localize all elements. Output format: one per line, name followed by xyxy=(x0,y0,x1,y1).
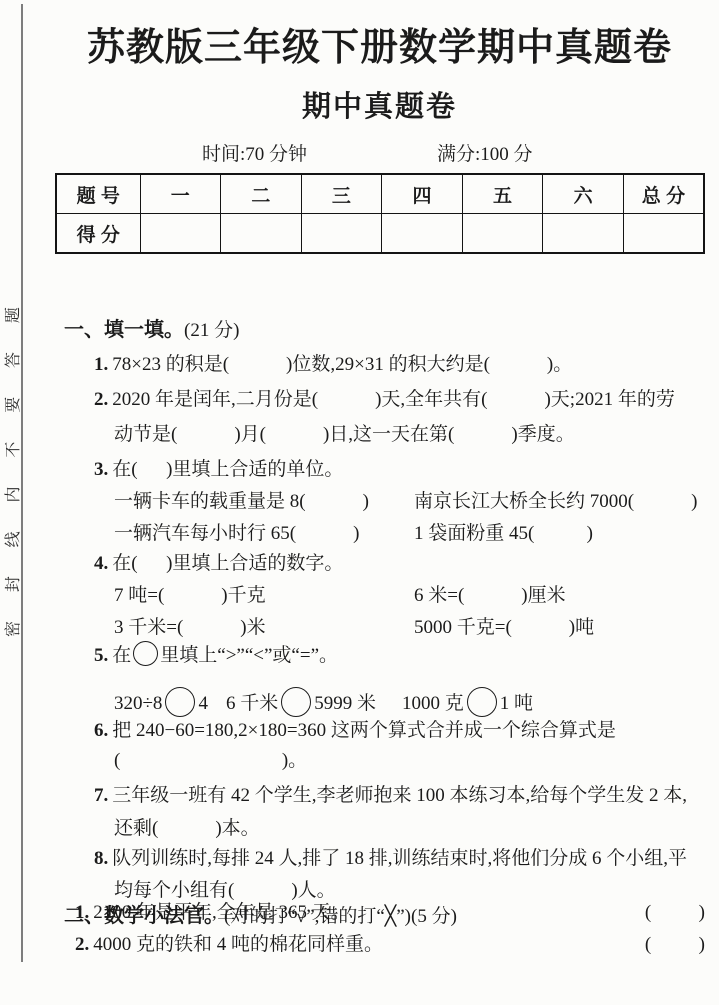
question-number: 2. xyxy=(75,928,89,961)
score-cell xyxy=(301,214,382,254)
seal-char: 不 xyxy=(0,442,23,458)
question-3-row2: 一辆汽车每小时行 65( )1 袋面粉重 45( ) xyxy=(45,484,705,517)
time-label: 时间:70 分钟 xyxy=(202,139,307,166)
question-7-line2: 还剩( )本。 xyxy=(45,779,705,812)
question-2-line1: 2.2020 年是闰年,二月份是( )天,全年共有( )天;2021 年的劳 xyxy=(45,350,705,383)
judge-question-2: 2.4000 克的铁和 4 吨的棉花同样重。( ) xyxy=(45,928,705,961)
seal-char: 要 xyxy=(0,397,23,413)
score-cell xyxy=(543,214,624,254)
seal-char: 线 xyxy=(0,531,23,547)
question-3-row1: 一辆卡车的载重量是 8( )南京长江大桥全长约 7000( ) xyxy=(45,452,705,485)
seal-char: 答 xyxy=(0,352,23,368)
seal-char: 题 xyxy=(0,307,23,323)
seal-char: 封 xyxy=(0,576,23,592)
score-table-header-row: 题 号 一 二 三 四 五 六 总 分 xyxy=(56,174,704,214)
question-2-line2: 动节是( )月( )日,这一天在第( )季度。 xyxy=(45,385,705,418)
question-1: 1.78×23 的积是( )位数,29×31 的积大约是( )。 xyxy=(45,315,705,348)
question-8-line1: 8.队列训练时,每排 24 人,排了 18 排,训练结束时,将他们分成 6 个小… xyxy=(45,809,705,842)
question-6-line1: 6.把 240−60=180,2×180=360 这两个算式合并成一个综合算式是 xyxy=(45,681,705,714)
score-header-cell: 三 xyxy=(301,174,382,214)
score-table-score-row: 得 分 xyxy=(56,214,704,254)
question-5: 5.在里填上“>”“<”或“=”。 xyxy=(45,606,705,639)
seal-char: 内 xyxy=(0,486,23,502)
score-cell xyxy=(623,214,704,254)
question-5-row: 320÷846 千米5999 米1000 克1 吨 xyxy=(45,638,705,682)
question-6-line2: ( )。 xyxy=(45,711,705,744)
score-table: 题 号 一 二 三 四 五 六 总 分 得 分 xyxy=(55,173,705,254)
question-4-row1: 7 吨=( )千克6 米=( )厘米 xyxy=(45,546,705,579)
score-header-cell: 四 xyxy=(382,174,463,214)
full-score-label: 满分:100 分 xyxy=(437,139,533,166)
question-7-line1: 7.三年级一班有 42 个学生,李老师抱来 100 本练习本,给每个学生发 2 … xyxy=(45,746,705,779)
score-cell xyxy=(462,214,543,254)
question-text: 2100 年是平年,全年是 365 天。 xyxy=(93,896,350,929)
page-title: 苏教版三年级下册数学期中真题卷 xyxy=(40,16,719,71)
score-cell xyxy=(221,214,302,254)
score-header-cell: 五 xyxy=(462,174,543,214)
score-header-cell: 总 分 xyxy=(623,174,704,214)
section1-heading: 一、填一填。(21 分) xyxy=(45,281,705,314)
seal-char: 密 xyxy=(0,621,23,637)
judge-question-1: 1.2100 年是平年,全年是 365 天。( ) xyxy=(45,896,705,929)
score-cell xyxy=(382,214,463,254)
question-3: 3.在( )里填上合适的单位。 xyxy=(45,420,705,453)
score-cell xyxy=(140,214,221,254)
exam-paper-page: 密 封 线 内 不 要 答 题 苏教版三年级下册数学期中真题卷 期中真题卷 时间… xyxy=(0,0,719,1005)
score-row-label: 得 分 xyxy=(56,214,140,254)
question-4: 4.在( )里填上合适的数字。 xyxy=(45,514,705,547)
score-header-cell: 题 号 xyxy=(56,174,140,214)
score-header-cell: 六 xyxy=(543,174,624,214)
score-header-cell: 二 xyxy=(221,174,302,214)
seal-vertical-text: 密 封 线 内 不 要 答 题 xyxy=(0,307,22,637)
question-text: 4000 克的铁和 4 吨的棉花同样重。 xyxy=(93,928,383,961)
exam-subtitle: 期中真题卷 xyxy=(40,84,719,125)
question-number: 1. xyxy=(75,896,89,929)
score-header-cell: 一 xyxy=(140,174,221,214)
answer-parens: ( ) xyxy=(645,928,705,961)
answer-parens: ( ) xyxy=(645,896,705,929)
